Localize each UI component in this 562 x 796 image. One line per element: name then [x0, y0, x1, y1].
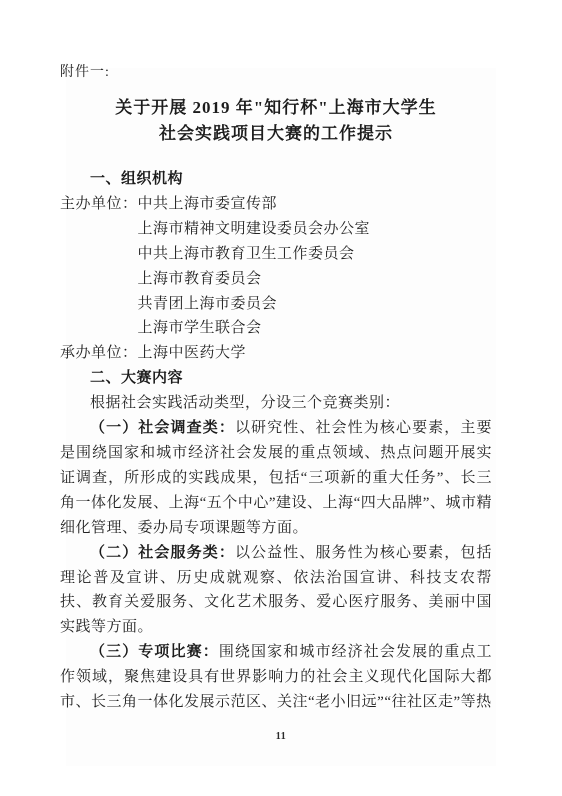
organizer-item: 中共上海市教育卫生工作委员会 [138, 242, 492, 267]
category-special-contest: （三）专项比赛：围绕国家和城市经济社会发展的重点工作领域，聚焦建设具有世界影响力… [60, 640, 492, 715]
category-special-contest-lead: （三）专项比赛： [90, 644, 219, 660]
section-heading-organization: 一、组织机构 [60, 167, 492, 192]
organizer-item: 上海市教育委员会 [138, 267, 492, 292]
organizer-block: 主办单位： 中共上海市委宣传部 上海市精神文明建设委员会办公室 中共上海市教育卫… [60, 192, 492, 341]
document-title-line2: 社会实践项目大赛的工作提示 [60, 121, 492, 147]
organizer-item: 中共上海市委宣传部 [138, 192, 492, 217]
undertaker-name: 上海中医药大学 [138, 341, 492, 366]
category-social-service: （二）社会服务类：以公益性、服务性为核心要素，包括理论普及宣讲、历史成就观察、依… [60, 541, 492, 641]
category-social-survey-body: 以研究性、社会性为核心要素，主要是围绕国家和城市经济社会发展的重点领域、热点问题… [60, 420, 492, 536]
organizer-list: 中共上海市委宣传部 上海市精神文明建设委员会办公室 中共上海市教育卫生工作委员会… [138, 192, 492, 341]
category-social-service-lead: （二）社会服务类： [90, 545, 235, 561]
document-content: 附件一: 关于开展 2019 年"知行杯"上海市大学生 社会实践项目大赛的工作提… [0, 0, 562, 715]
organizer-label: 主办单位： [60, 192, 138, 217]
page-number: 11 [0, 731, 562, 742]
organizer-item: 上海市精神文明建设委员会办公室 [138, 217, 492, 242]
undertaker-label: 承办单位： [60, 341, 138, 366]
undertaker-block: 承办单位： 上海中医药大学 [60, 341, 492, 366]
section-heading-contest-content: 二、大赛内容 [60, 366, 492, 391]
organizer-item: 上海市学生联合会 [138, 316, 492, 341]
document-title-line1: 关于开展 2019 年"知行杯"上海市大学生 [60, 95, 492, 121]
document-page: 附件一: 关于开展 2019 年"知行杯"上海市大学生 社会实践项目大赛的工作提… [0, 0, 562, 796]
contest-intro: 根据社会实践活动类型，分设三个竞赛类别： [60, 391, 492, 416]
document-body: 一、组织机构 主办单位： 中共上海市委宣传部 上海市精神文明建设委员会办公室 中… [60, 167, 492, 715]
category-social-survey-lead: （一）社会调查类： [90, 420, 235, 436]
category-social-survey: （一）社会调查类：以研究性、社会性为核心要素，主要是围绕国家和城市经济社会发展的… [60, 416, 492, 541]
document-title: 关于开展 2019 年"知行杯"上海市大学生 社会实践项目大赛的工作提示 [60, 95, 492, 147]
attachment-label: 附件一: [60, 63, 492, 83]
organizer-item: 共青团上海市委员会 [138, 292, 492, 317]
